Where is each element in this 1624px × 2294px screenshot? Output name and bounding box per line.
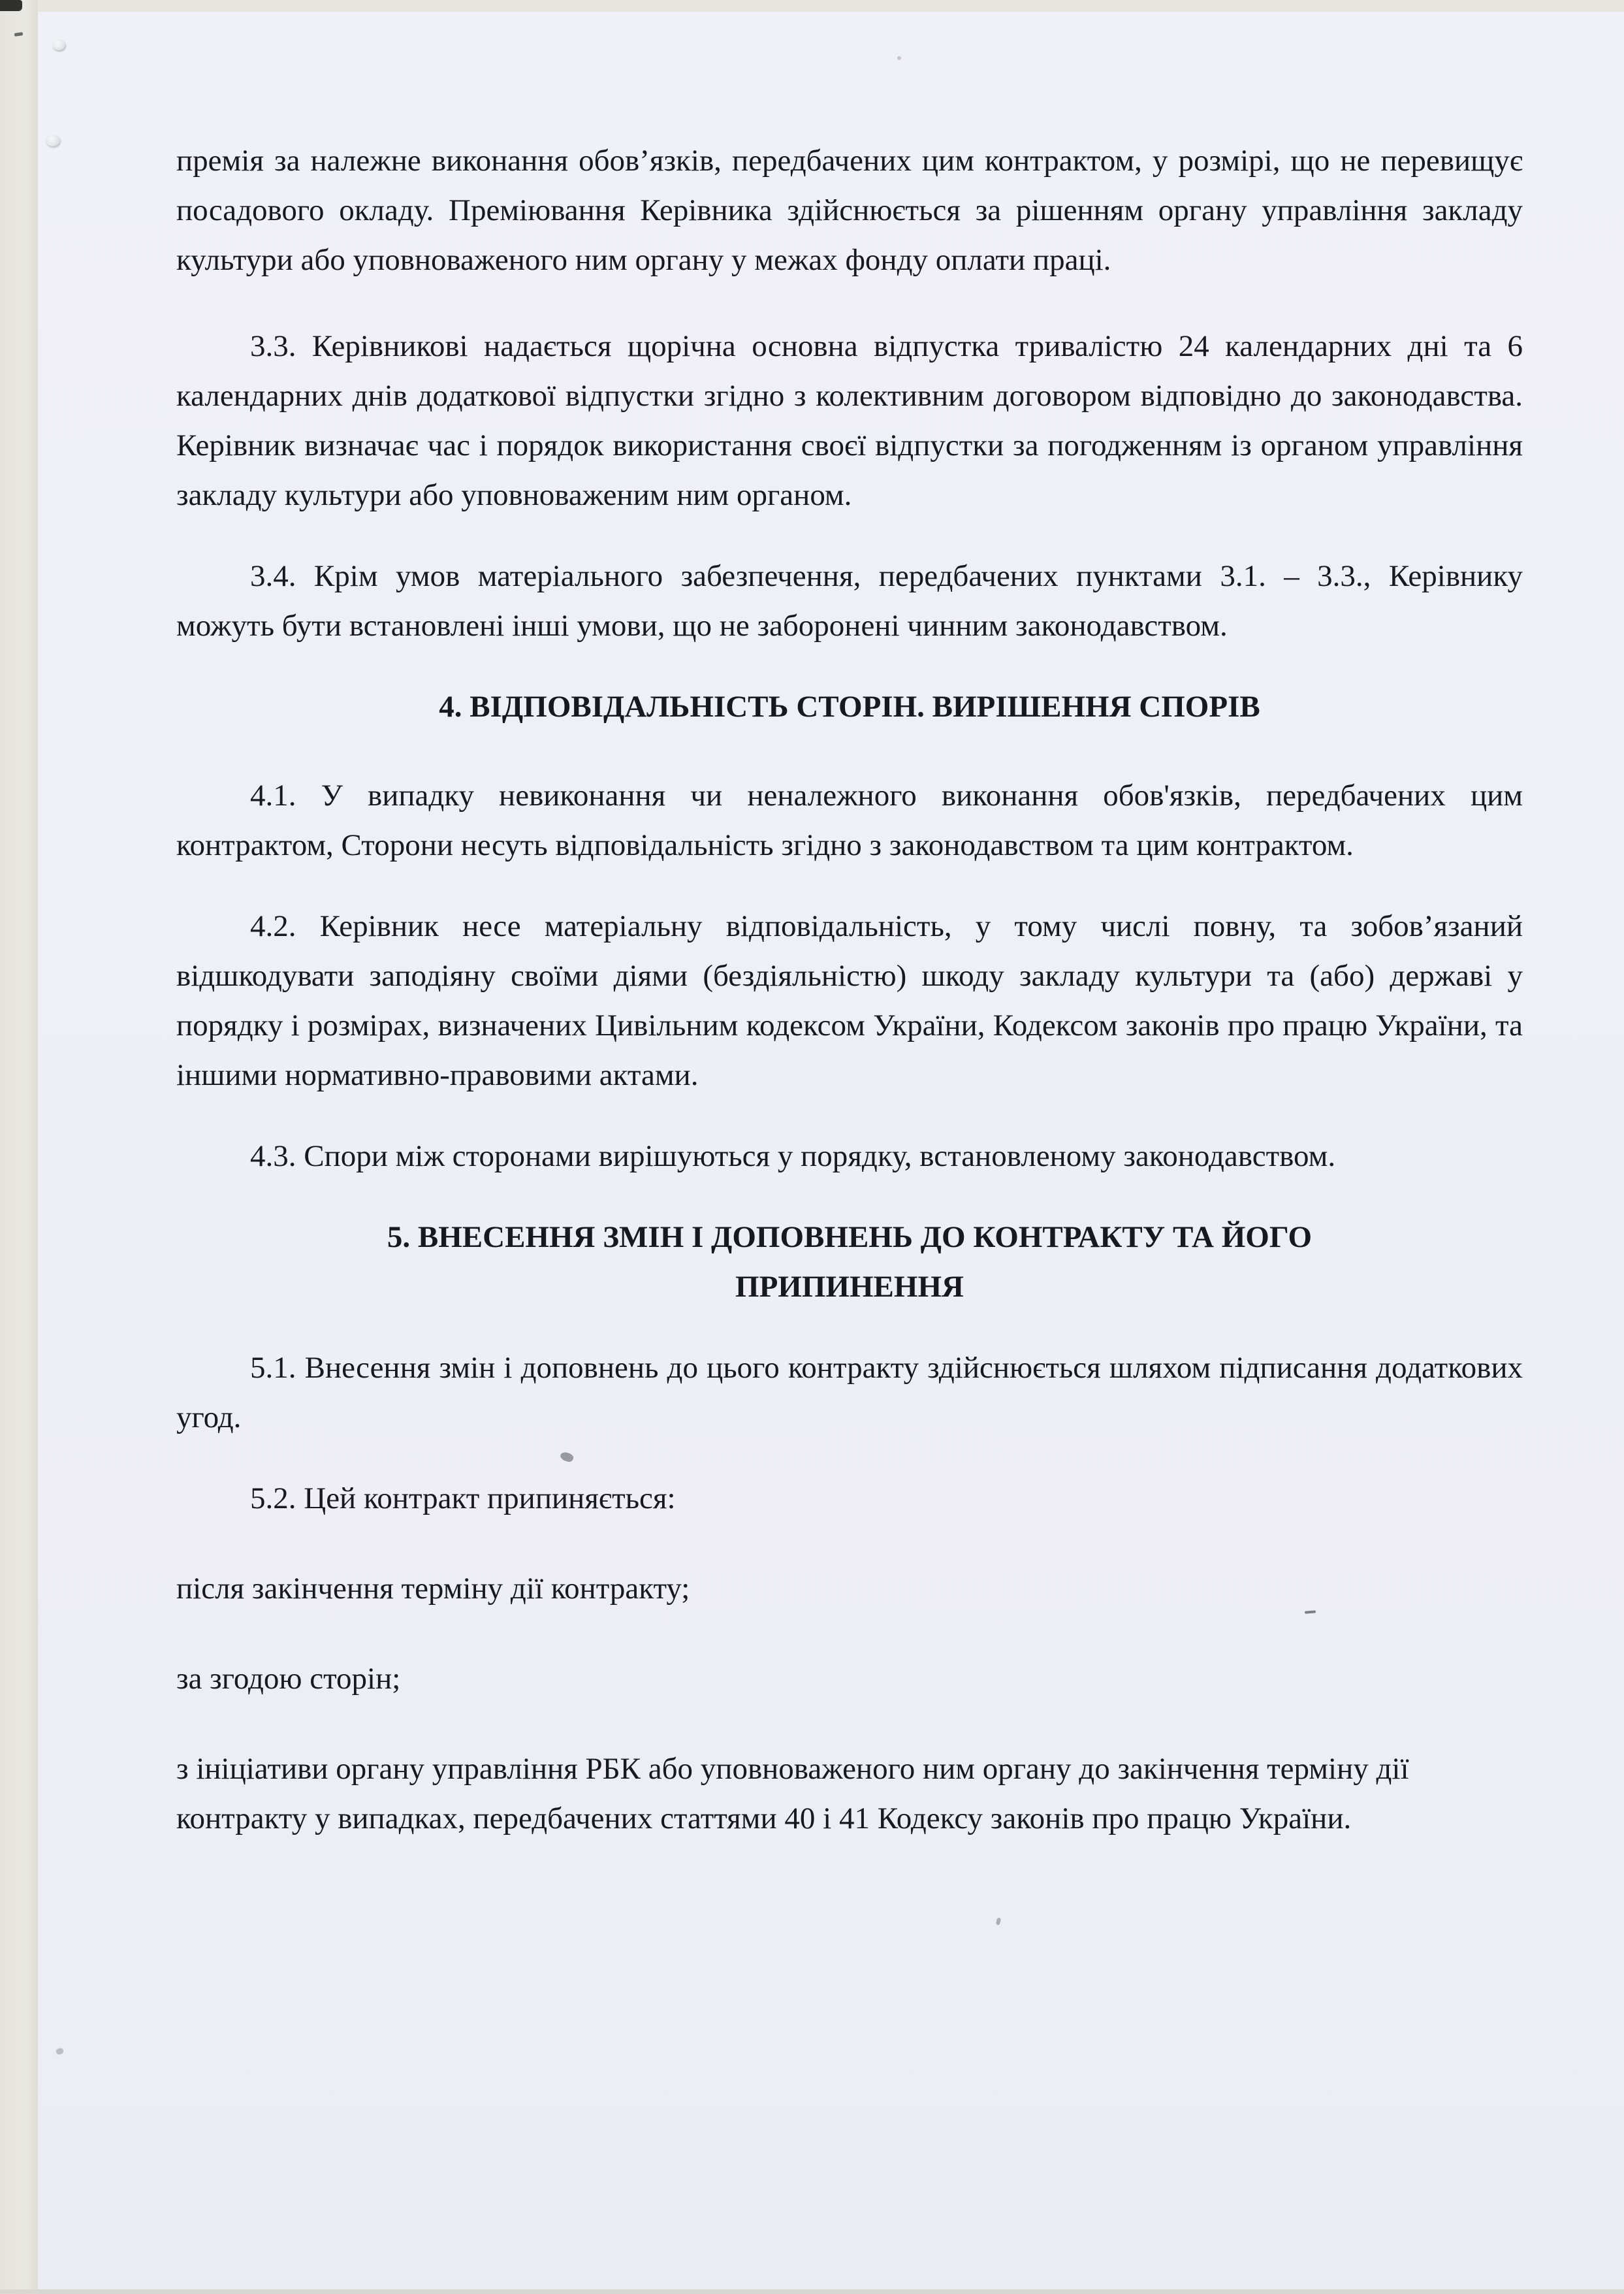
scanner-bed-left-edge [0, 0, 38, 2294]
clause-5-2-termination-intro: 5.2. Цей контракт припиняється: [176, 1474, 1523, 1523]
scanned-document: премія за належне виконання обов’язків, … [0, 0, 1624, 2294]
clause-5-1-amendments: 5.1. Внесення змін і доповнень до цього … [176, 1343, 1523, 1442]
section-5-heading: 5. ВНЕСЕННЯ ЗМІН І ДОПОВНЕНЬ ДО КОНТРАКТ… [176, 1212, 1523, 1312]
paper-dent-top [52, 39, 65, 50]
scan-artifact-top-speck [897, 56, 901, 60]
section-4-heading: 4. ВІДПОВІДАЛЬНІСТЬ СТОРІН. ВИРІШЕННЯ СП… [176, 682, 1523, 732]
clause-3-3-vacation: 3.3. Керівникові надається щорічна основ… [176, 321, 1523, 520]
section-5-heading-line1: 5. ВНЕСЕННЯ ЗМІН І ДОПОВНЕНЬ ДО КОНТРАКТ… [176, 1212, 1523, 1262]
contract-page: премія за належне виконання обов’язків, … [38, 12, 1624, 2289]
termination-item-initiative: з ініціативи органу управління РБК або у… [176, 1744, 1523, 1843]
paper-dent-upper-left [46, 135, 60, 146]
termination-item-expiry: після закінчення терміну дії контракту; [176, 1564, 1523, 1613]
scan-artifact-corner-smudge [0, 0, 22, 11]
clause-4-3-disputes: 4.3. Спори між сторонами вирішуються у п… [176, 1131, 1523, 1181]
clause-4-1-liability: 4.1. У випадку невиконання чи неналежног… [176, 771, 1523, 870]
termination-item-mutual-consent: за згодою сторін; [176, 1654, 1523, 1704]
clause-3-4-other-terms: 3.4. Крім умов матеріального забезпеченн… [176, 551, 1523, 651]
section-5-heading-line2: ПРИПИНЕННЯ [176, 1262, 1523, 1312]
paragraph-premium-continuation: премія за належне виконання обов’язків, … [176, 136, 1523, 285]
clause-4-2-material-liability: 4.2. Керівник несе матеріальну відповіда… [176, 901, 1523, 1100]
scanner-bed-bottom-edge [0, 2289, 1624, 2294]
